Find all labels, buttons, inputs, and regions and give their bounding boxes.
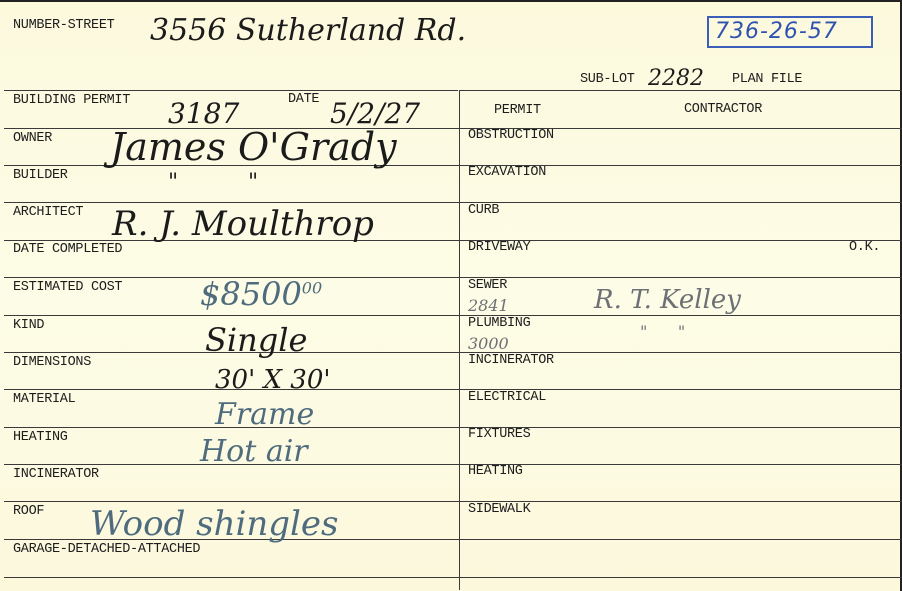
row-plumbing-permit: 3000 xyxy=(468,336,509,352)
heating-label: HEATING xyxy=(13,431,68,445)
row-obstruction-label: OBSTRUCTION xyxy=(468,129,554,143)
row-incinerator-label: INCINERATOR xyxy=(468,354,554,368)
architect-label: ARCHITECT xyxy=(13,206,83,220)
divider xyxy=(4,315,902,316)
row-driveway-status: O.K. xyxy=(849,241,880,255)
dimensions-label: DIMENSIONS xyxy=(13,356,91,370)
row-sewer-label: SEWER xyxy=(468,279,507,293)
architect-value: R. J. Moulthrop xyxy=(112,207,374,241)
divider xyxy=(4,427,902,428)
row-sewer-permit: 2841 xyxy=(468,298,509,314)
material-value: Frame xyxy=(215,400,314,430)
divider xyxy=(4,202,902,203)
row-sewer-contractor: R. T. Kelley xyxy=(594,287,741,313)
heating-value: Hot air xyxy=(200,437,308,467)
row-heating-label: HEATING xyxy=(468,465,523,479)
stamp-number: 736-26-57 xyxy=(707,16,873,48)
date-label: DATE xyxy=(288,93,319,107)
divider xyxy=(4,501,902,502)
divider xyxy=(4,577,902,578)
row-sidewalk-label: SIDEWALK xyxy=(468,503,530,517)
roof-value: Wood shingles xyxy=(90,507,338,541)
sub-lot-label: SUB-LOT xyxy=(580,73,635,87)
estimated-cost-amount: $8500 xyxy=(200,275,302,313)
estimated-cost-cents: 00 xyxy=(302,278,322,297)
garage-label: GARAGE-DETACHED-ATTACHED xyxy=(13,543,200,557)
builder-value: " " xyxy=(168,172,258,194)
sub-lot-value: 2282 xyxy=(648,68,704,90)
number-street-value: 3556 Sutherland Rd. xyxy=(150,16,466,46)
contractor-header: CONTRACTOR xyxy=(684,103,762,117)
dimensions-value: 30' X 30' xyxy=(215,367,331,393)
divider xyxy=(4,389,902,390)
permit-card: NUMBER-STREET 3556 Sutherland Rd. 736-26… xyxy=(0,0,902,591)
date-completed-label: DATE COMPLETED xyxy=(13,243,122,257)
permit-header: PERMIT xyxy=(494,104,541,118)
row-plumbing-contractor: " " xyxy=(640,324,685,340)
divider xyxy=(4,277,902,278)
divider xyxy=(460,90,902,91)
builder-label: BUILDER xyxy=(13,169,68,183)
owner-value: James O'Grady xyxy=(110,128,397,166)
estimated-cost-value: $850000 xyxy=(200,278,322,310)
number-street-label: NUMBER-STREET xyxy=(13,19,114,33)
divider xyxy=(4,352,902,353)
row-driveway-label: DRIVEWAY xyxy=(468,241,530,255)
row-plumbing-label: PLUMBING xyxy=(468,317,530,331)
row-electrical-label: ELECTRICAL xyxy=(468,391,546,405)
divider xyxy=(4,464,902,465)
owner-label: OWNER xyxy=(13,132,52,146)
incinerator-label: INCINERATOR xyxy=(13,468,99,482)
row-fixtures-label: FIXTURES xyxy=(468,428,530,442)
building-permit-value: 3187 xyxy=(168,100,239,128)
estimated-cost-label: ESTIMATED COST xyxy=(13,281,122,295)
kind-label: KIND xyxy=(13,319,44,333)
plan-file-label: PLAN FILE xyxy=(732,73,802,87)
roof-label: ROOF xyxy=(13,505,44,519)
material-label: MATERIAL xyxy=(13,393,75,407)
row-curb-label: CURB xyxy=(468,204,499,218)
row-excavation-label: EXCAVATION xyxy=(468,166,546,180)
date-value: 5/2/27 xyxy=(330,100,420,128)
building-permit-label: BUILDING PERMIT xyxy=(13,94,130,108)
column-divider xyxy=(459,90,460,590)
kind-value: Single xyxy=(205,324,307,356)
divider xyxy=(4,90,458,91)
